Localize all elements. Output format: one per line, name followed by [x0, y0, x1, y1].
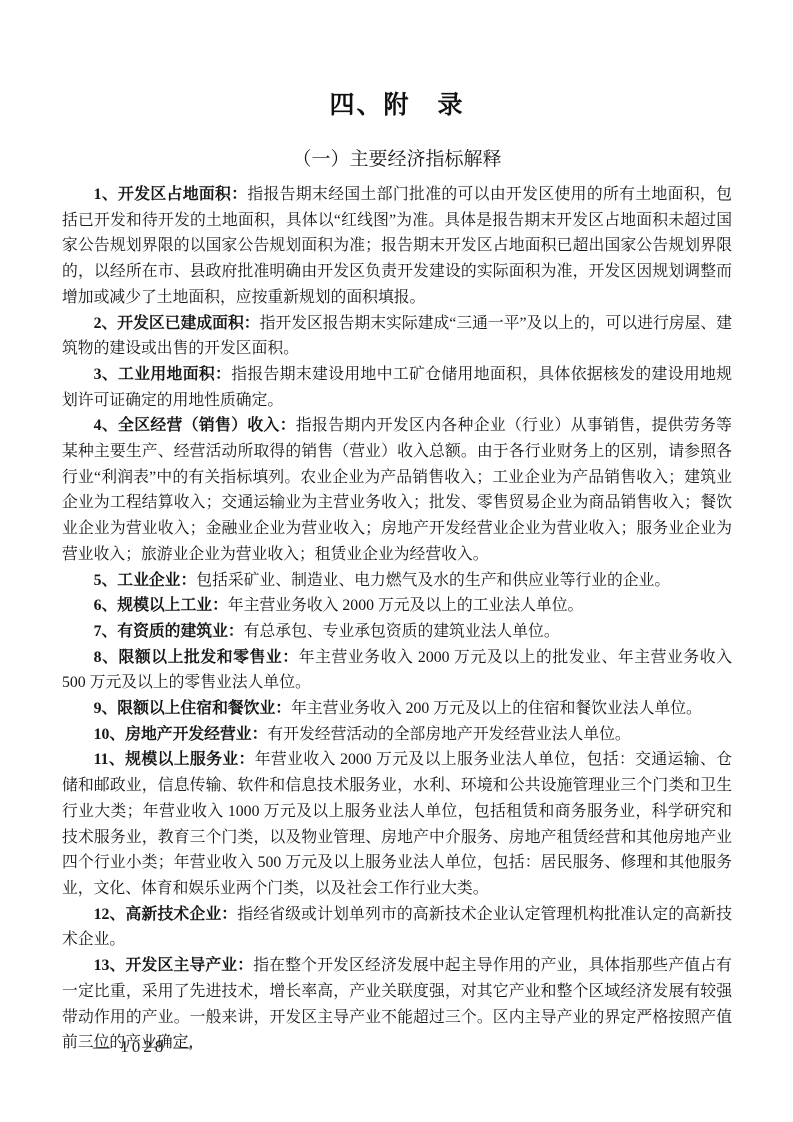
indicator-paragraph-10: 10、房地产开发经营业：有开发经营活动的全部房地产开发经营业法人单位。	[62, 722, 732, 748]
indicator-paragraph-12: 12、高新技术企业：指经省级或计划单列市的高新技术企业认定管理机构批准认定的高新…	[62, 902, 732, 953]
indicator-paragraph-8: 8、限额以上批发和零售业：年主营业务收入 2000 万元及以上的批发业、年主营业…	[62, 645, 732, 696]
indicator-paragraph-9: 9、限额以上住宿和餐饮业：年主营业务收入 200 万元及以上的住宿和餐饮业法人单…	[62, 696, 732, 722]
indicator-term: 3、工业用地面积：	[94, 366, 232, 383]
indicator-paragraph-11: 11、规模以上服务业：年营业收入 2000 万元及以上服务业法人单位，包括：交通…	[62, 747, 732, 901]
indicator-paragraph-5: 5、工业企业：包括采矿业、制造业、电力燃气及水的生产和供应业等行业的企业。	[62, 568, 732, 594]
indicator-term: 10、房地产开发经营业：	[94, 726, 268, 743]
page-number: — 1028 —	[93, 1036, 194, 1058]
indicator-paragraph-3: 3、工业用地面积：指报告期末建设用地中工矿仓储用地面积，具体依据核发的建设用地规…	[62, 362, 732, 413]
page-title: 四、附 录	[62, 90, 732, 122]
section-title: （一）主要经济指标解释	[62, 148, 732, 172]
indicator-term: 9、限额以上住宿和餐饮业：	[94, 700, 291, 717]
indicator-term: 1、开发区占地面积：	[94, 186, 248, 203]
indicator-paragraph-2: 2、开发区已建成面积：指开发区报告期末实际建成“三通一平”及以上的，可以进行房屋…	[62, 311, 732, 362]
indicator-term: 8、限额以上批发和零售业：	[94, 649, 299, 666]
indicator-term: 13、开发区主导产业：	[94, 957, 254, 974]
indicator-definition: 年营业收入 2000 万元及以上服务业法人单位，包括：交通运输、仓储和邮政业，信…	[62, 751, 732, 897]
indicator-term: 4、全区经营（销售）收入：	[94, 417, 296, 434]
indicator-term: 6、规模以上工业：	[94, 597, 228, 614]
document-body: 1、开发区占地面积：指报告期末经国土部门批准的可以由开发区使用的所有土地面积，包…	[62, 182, 732, 1056]
indicator-definition: 包括采矿业、制造业、电力燃气及水的生产和供应业等行业的企业。	[196, 572, 670, 589]
indicator-definition: 指报告期内开发区内各种企业（行业）从事销售，提供劳务等某种主要生产、经营活动所取…	[62, 417, 732, 563]
indicator-paragraph-4: 4、全区经营（销售）收入：指报告期内开发区内各种企业（行业）从事销售，提供劳务等…	[62, 413, 732, 567]
indicator-paragraph-7: 7、有资质的建筑业：有总承包、专业承包资质的建筑业法人单位。	[62, 619, 732, 645]
indicator-term: 11、规模以上服务业：	[94, 751, 255, 768]
document-page: 四、附 录 （一）主要经济指标解释 1、开发区占地面积：指报告期末经国土部门批准…	[0, 0, 793, 1122]
indicator-definition: 有开发经营活动的全部房地产开发经营业法人单位。	[267, 726, 630, 743]
indicator-term: 5、工业企业：	[94, 572, 197, 589]
indicator-definition: 指报告期末经国土部门批准的可以由开发区使用的所有土地面积，包括已开发和待开发的土…	[62, 186, 732, 306]
indicator-definition: 年主营业务收入 2000 万元及以上的工业法人单位。	[228, 597, 583, 614]
indicator-paragraph-6: 6、规模以上工业：年主营业务收入 2000 万元及以上的工业法人单位。	[62, 593, 732, 619]
indicator-term: 2、开发区已建成面积：	[94, 315, 260, 332]
indicator-term: 7、有资质的建筑业：	[94, 623, 244, 640]
indicator-definition: 有总承包、专业承包资质的建筑业法人单位。	[244, 623, 560, 640]
indicator-paragraph-1: 1、开发区占地面积：指报告期末经国土部门批准的可以由开发区使用的所有土地面积，包…	[62, 182, 732, 311]
indicator-definition: 年主营业务收入 200 万元及以上的住宿和餐饮业法人单位。	[291, 700, 702, 717]
indicator-term: 12、高新技术企业：	[94, 906, 238, 923]
